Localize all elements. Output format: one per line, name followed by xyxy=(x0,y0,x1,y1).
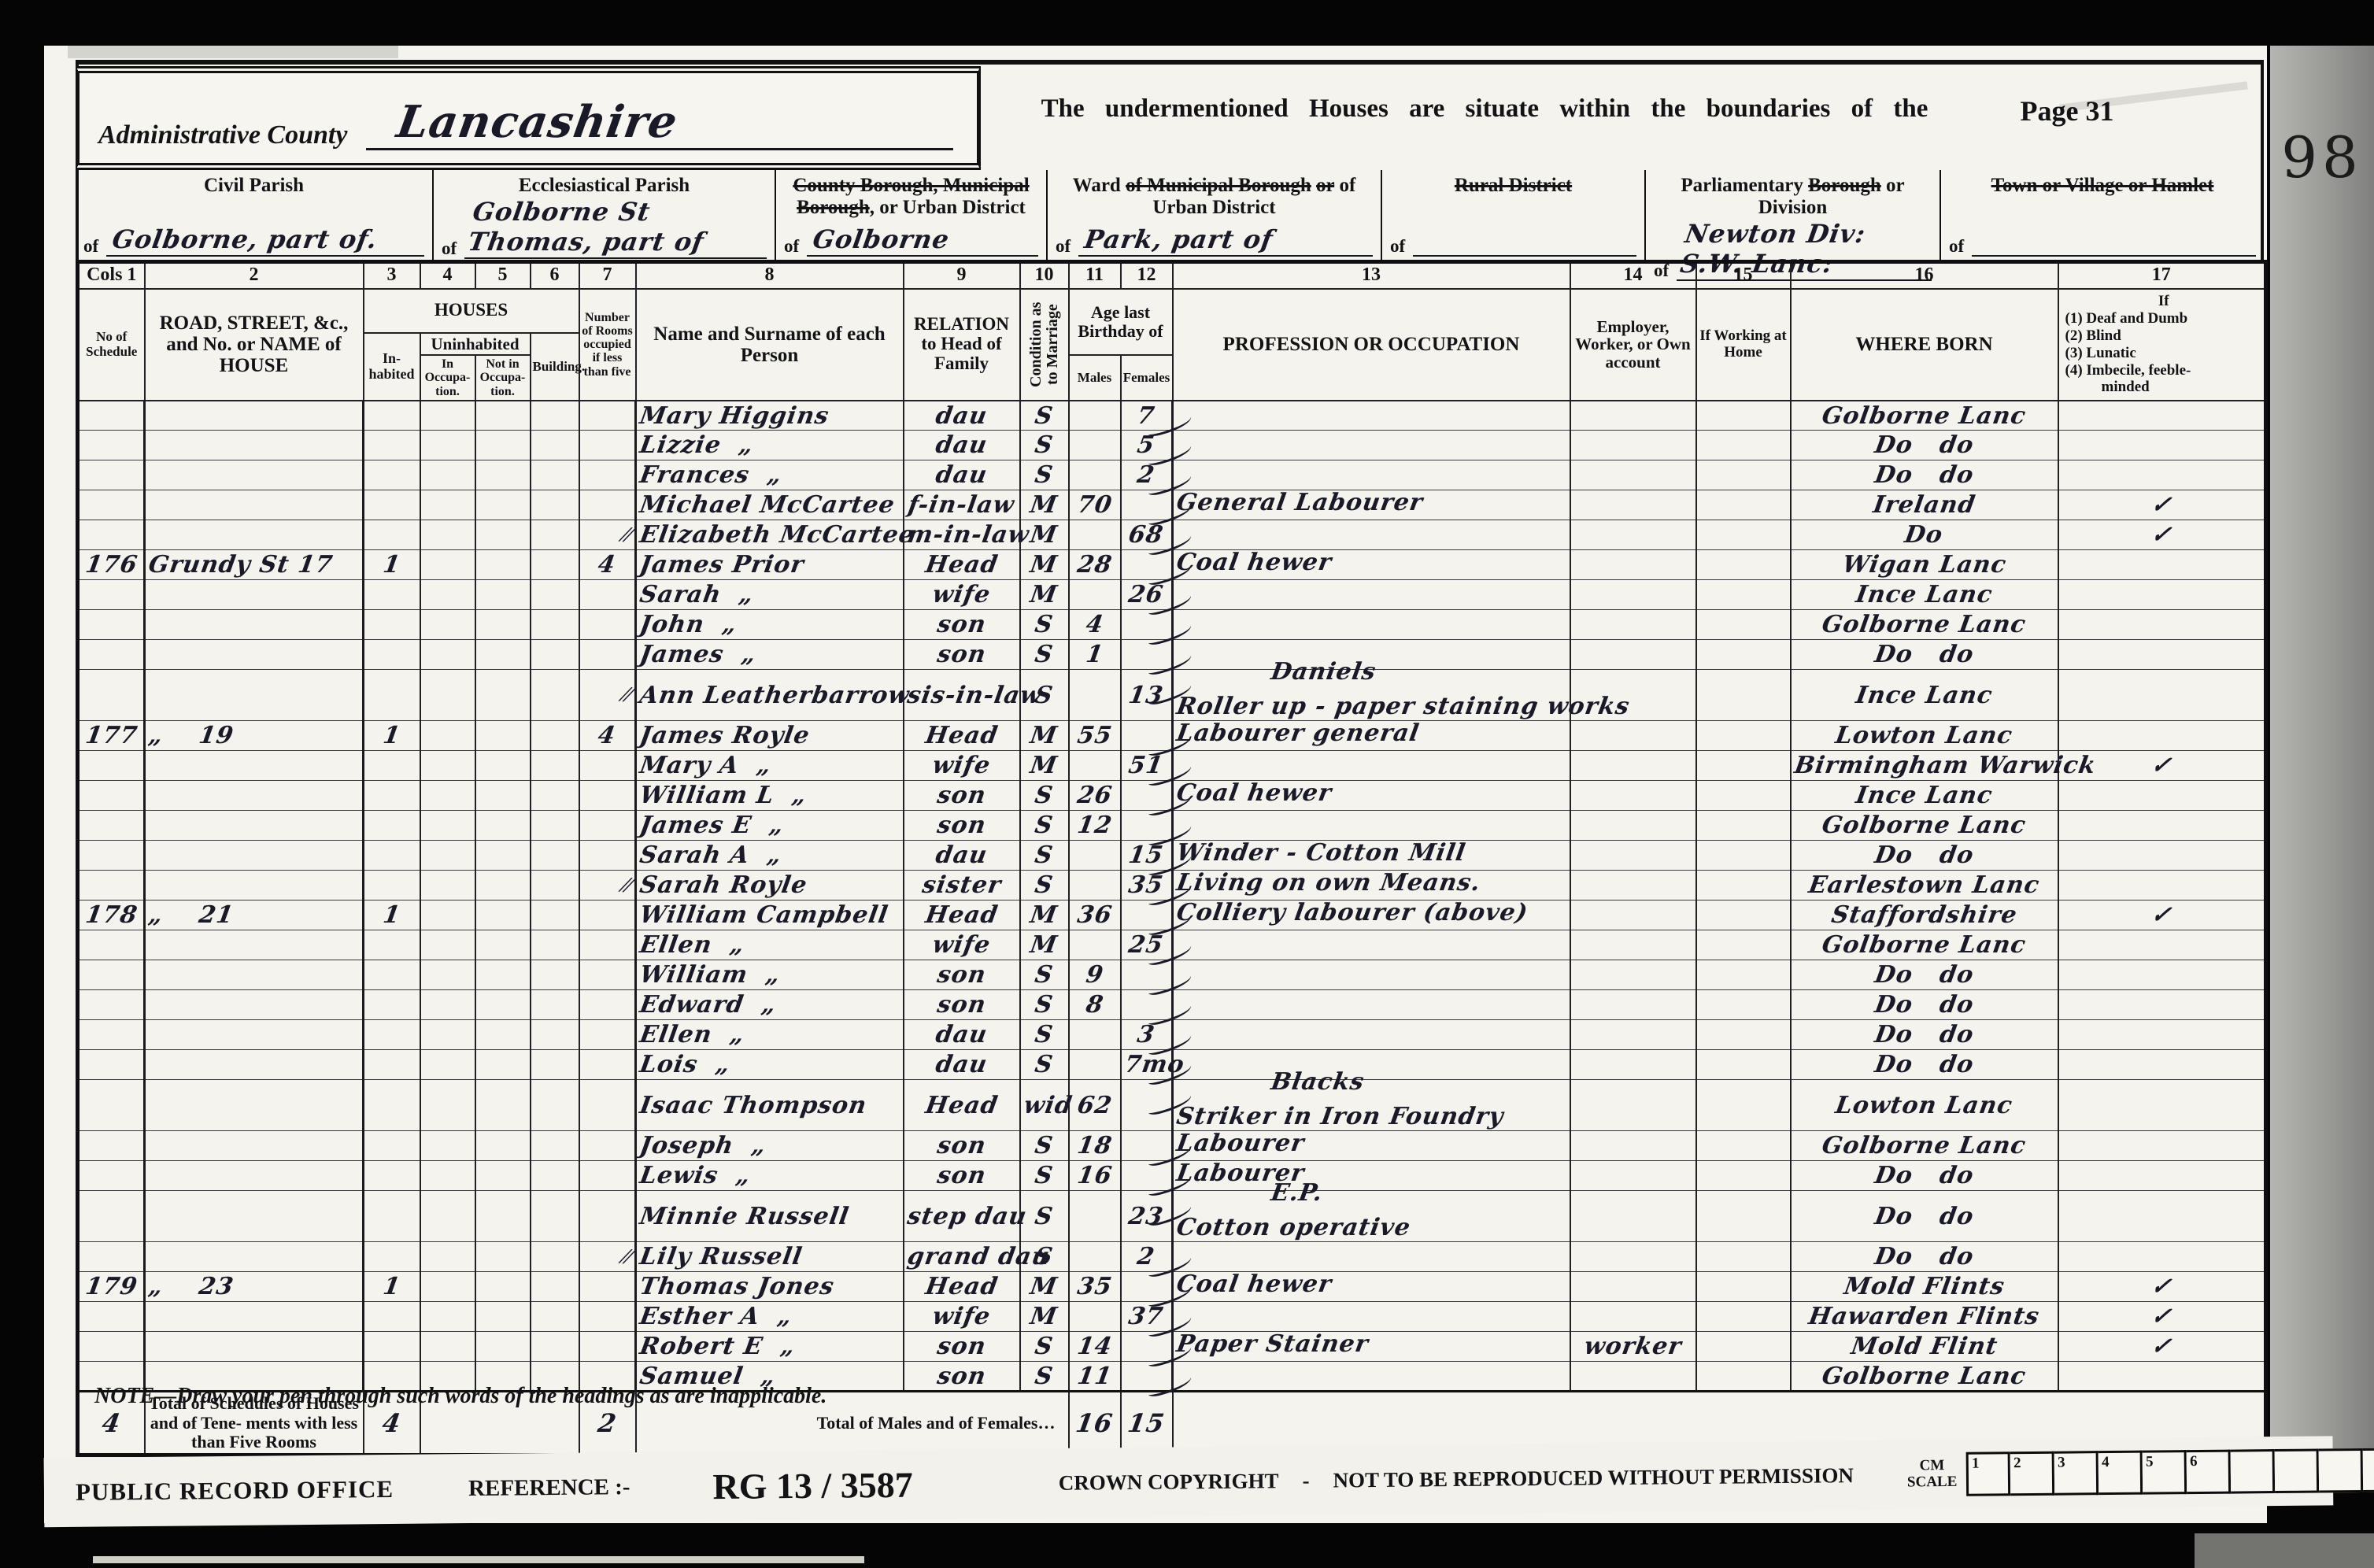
cell-infirmity xyxy=(2058,1050,2266,1080)
cell-working-at-home xyxy=(1696,871,1791,900)
cell-rooms xyxy=(579,1272,636,1302)
footer-dash: - xyxy=(1302,1468,1309,1492)
cell-where-born: Do do xyxy=(1791,1191,2058,1242)
cell-road-street xyxy=(145,930,364,960)
cell-profession xyxy=(1173,751,1570,781)
cell-rooms xyxy=(579,431,636,460)
cell-name: Minnie Russell xyxy=(636,1191,904,1242)
cell-schedule-number xyxy=(78,1242,145,1272)
header-females: Females xyxy=(1121,355,1173,401)
cell-building xyxy=(531,990,579,1020)
location-box-title: County Borough, Municipal Borough, or Ur… xyxy=(784,175,1038,219)
cell-where-born: Mold Flints xyxy=(1791,1272,2058,1302)
cell-age-male: 35 xyxy=(1069,1272,1121,1302)
cell-building xyxy=(531,1191,579,1242)
cell-working-at-home xyxy=(1696,751,1791,781)
cell-name: Elizabeth McCartee xyxy=(636,520,904,550)
cell-uninhabited-not-in-occupation xyxy=(475,871,531,900)
cell-road-street xyxy=(145,401,364,431)
cell-uninhabited-not-in-occupation xyxy=(475,610,531,640)
cell-relation: son xyxy=(904,1362,1020,1392)
cell-name: William L „ xyxy=(636,781,904,811)
cell-working-at-home xyxy=(1696,1272,1791,1302)
cell-uninhabited-in-occupation xyxy=(420,990,475,1020)
cell-condition: S xyxy=(1020,1191,1069,1242)
cell-infirmity: ✓ xyxy=(2058,1302,2266,1332)
cell-road-street xyxy=(145,490,364,520)
cell-infirmity xyxy=(2058,431,2266,460)
cell-where-born: Birmingham Warwick xyxy=(1791,751,2058,781)
person-row: Ellen „wifeM25Golborne Lanc xyxy=(78,930,2266,960)
cell-rooms xyxy=(579,900,636,930)
cell-infirmity xyxy=(2058,1131,2266,1161)
totals-males: 16 xyxy=(1069,1392,1121,1455)
cell-building xyxy=(531,550,579,580)
cell-name: Mary Higgins xyxy=(636,401,904,431)
location-box: Ward of Municipal Borough or of Urban Di… xyxy=(1048,170,1382,260)
cell-age-male: 1 xyxy=(1069,640,1121,670)
cell-rooms xyxy=(579,490,636,520)
cell-where-born: Wigan Lanc xyxy=(1791,550,2058,580)
cell-condition: S xyxy=(1020,1020,1069,1050)
cell-road-street xyxy=(145,1161,364,1191)
cell-rooms xyxy=(579,1302,636,1332)
location-box: County Borough, Municipal Borough, or Ur… xyxy=(776,170,1048,260)
location-box: Town or Village or Hamletof xyxy=(1941,170,2264,260)
cell-infirmity xyxy=(2058,1161,2266,1191)
cell-infirmity xyxy=(2058,670,2266,721)
cell-road-street xyxy=(145,1131,364,1161)
cell-condition: S xyxy=(1020,1161,1069,1191)
cell-infirmity xyxy=(2058,610,2266,640)
cell-relation: Head xyxy=(904,1272,1020,1302)
cell-inhabited xyxy=(364,610,420,640)
location-box-title: Ecclesiastical Parish xyxy=(442,175,767,197)
cell-schedule-number xyxy=(78,401,145,431)
cell-inhabited xyxy=(364,1131,420,1161)
cell-name: William Campbell xyxy=(636,900,904,930)
cell-building xyxy=(531,580,579,610)
cell-uninhabited-in-occupation xyxy=(420,721,475,751)
person-row: Michael McCarteef-in-lawM70General Labou… xyxy=(78,490,2266,520)
cell-uninhabited-not-in-occupation xyxy=(475,1191,531,1242)
cell-working-at-home xyxy=(1696,490,1791,520)
cell-building xyxy=(531,900,579,930)
cell-rooms: ⁄⁄ xyxy=(579,670,636,721)
footer-reference-value: RG 13 / 3587 xyxy=(712,1463,913,1507)
cell-name: Robert E „ xyxy=(636,1332,904,1362)
cell-employer xyxy=(1570,490,1696,520)
cell-uninhabited-not-in-occupation xyxy=(475,930,531,960)
person-row: Sarah „wifeM26Ince Lanc xyxy=(78,580,2266,610)
cell-name: Sarah Royle xyxy=(636,871,904,900)
cell-road-street xyxy=(145,431,364,460)
person-row: ⁄⁄Elizabeth McCarteem-in-lawM68Do✓ xyxy=(78,520,2266,550)
cell-relation: dau xyxy=(904,1050,1020,1080)
cell-where-born: Do do xyxy=(1791,1050,2058,1080)
cell-profession xyxy=(1173,431,1570,460)
cell-condition: M xyxy=(1020,930,1069,960)
cell-uninhabited-in-occupation xyxy=(420,1161,475,1191)
cell-age-male xyxy=(1069,401,1121,431)
cell-profession: Labourer general xyxy=(1173,721,1570,751)
cell-profession xyxy=(1173,610,1570,640)
cell-uninhabited-in-occupation xyxy=(420,960,475,990)
cell-building xyxy=(531,1050,579,1080)
cell-age-male xyxy=(1069,1242,1121,1272)
cell-schedule-number xyxy=(78,811,145,841)
cell-condition: M xyxy=(1020,550,1069,580)
cell-inhabited xyxy=(364,1242,420,1272)
situate-line: The undermentioned Houses are situate wi… xyxy=(1000,94,1969,124)
person-row: 177„ 1914James RoyleHeadM55Labourer gene… xyxy=(78,721,2266,751)
cell-uninhabited-in-occupation xyxy=(420,1332,475,1362)
cell-uninhabited-not-in-occupation xyxy=(475,1161,531,1191)
cell-road-street xyxy=(145,460,364,490)
cell-working-at-home xyxy=(1696,1161,1791,1191)
cell-uninhabited-in-occupation xyxy=(420,460,475,490)
cell-relation: son xyxy=(904,811,1020,841)
header-working-at-home: If Working at Home xyxy=(1696,289,1791,401)
cell-relation: son xyxy=(904,640,1020,670)
cell-profession: Winder - Cotton Mill xyxy=(1173,841,1570,871)
header-where-born: WHERE BORN xyxy=(1791,289,2058,401)
cell-age-male: 36 xyxy=(1069,900,1121,930)
cell-condition: M xyxy=(1020,900,1069,930)
cell-where-born: Mold Flint xyxy=(1791,1332,2058,1362)
cell-building xyxy=(531,811,579,841)
cell-infirmity xyxy=(2058,1080,2266,1131)
col-number: 8 xyxy=(636,262,904,289)
cell-uninhabited-in-occupation xyxy=(420,930,475,960)
cell-profession: DanielsRoller up - paper staining works xyxy=(1173,670,1570,721)
cell-infirmity xyxy=(2058,460,2266,490)
cell-schedule-number xyxy=(78,1020,145,1050)
cell-uninhabited-in-occupation xyxy=(420,811,475,841)
cell-employer xyxy=(1570,1020,1696,1050)
cell-uninhabited-not-in-occupation xyxy=(475,431,531,460)
col-number: 11 xyxy=(1069,262,1121,289)
cell-infirmity xyxy=(2058,960,2266,990)
cell-employer xyxy=(1570,1272,1696,1302)
cell-building xyxy=(531,841,579,871)
col-number: 9 xyxy=(904,262,1020,289)
cell-where-born: Golborne Lanc xyxy=(1791,1131,2058,1161)
cell-schedule-number xyxy=(78,610,145,640)
cell-employer xyxy=(1570,1131,1696,1161)
form-frame-top xyxy=(76,60,2264,65)
cell-uninhabited-not-in-occupation xyxy=(475,1242,531,1272)
cell-relation: Head xyxy=(904,900,1020,930)
cell-infirmity: ✓ xyxy=(2058,520,2266,550)
cell-building xyxy=(531,871,579,900)
cell-condition: M xyxy=(1020,751,1069,781)
cell-building xyxy=(531,1332,579,1362)
cell-working-at-home xyxy=(1696,841,1791,871)
cell-infirmity: ✓ xyxy=(2058,900,2266,930)
cell-working-at-home xyxy=(1696,960,1791,990)
cell-infirmity xyxy=(2058,1242,2266,1272)
cell-uninhabited-in-occupation xyxy=(420,1020,475,1050)
cell-profession xyxy=(1173,1302,1570,1332)
cell-condition: S xyxy=(1020,1131,1069,1161)
cell-infirmity xyxy=(2058,1362,2266,1392)
cell-name: Thomas Jones xyxy=(636,1272,904,1302)
cell-schedule-number: 177 xyxy=(78,721,145,751)
cell-schedule-number xyxy=(78,1161,145,1191)
cell-building xyxy=(531,751,579,781)
location-box: Civil ParishofGolborne, part of. xyxy=(76,170,434,260)
cell-schedule-number xyxy=(78,1080,145,1131)
cell-inhabited xyxy=(364,1080,420,1131)
cell-inhabited xyxy=(364,401,420,431)
person-row: William L „sonS26Coal hewerInce Lanc xyxy=(78,781,2266,811)
cell-condition: M xyxy=(1020,1272,1069,1302)
cell-uninhabited-not-in-occupation xyxy=(475,1080,531,1131)
cell-profession: Coal hewer xyxy=(1173,1272,1570,1302)
cell-uninhabited-not-in-occupation xyxy=(475,1020,531,1050)
cell-uninhabited-not-in-occupation xyxy=(475,960,531,990)
cell-relation: sister xyxy=(904,871,1020,900)
cell-uninhabited-not-in-occupation xyxy=(475,900,531,930)
cell-rooms xyxy=(579,460,636,490)
cell-working-at-home xyxy=(1696,550,1791,580)
col-number: 16 xyxy=(1791,262,2058,289)
cell-schedule-number xyxy=(78,431,145,460)
cell-inhabited xyxy=(364,1302,420,1332)
cell-road-street xyxy=(145,781,364,811)
cell-uninhabited-in-occupation xyxy=(420,1272,475,1302)
cell-employer xyxy=(1570,610,1696,640)
cell-uninhabited-in-occupation xyxy=(420,610,475,640)
person-row: Minnie Russellstep dauS23E.P.Cotton oper… xyxy=(78,1191,2266,1242)
cell-uninhabited-not-in-occupation xyxy=(475,811,531,841)
cell-where-born: Do do xyxy=(1791,640,2058,670)
cell-infirmity: ✓ xyxy=(2058,1272,2266,1302)
cell-age-male xyxy=(1069,751,1121,781)
location-box: Parliamentary Borough or DivisionofNewto… xyxy=(1646,170,1941,260)
cell-employer xyxy=(1570,640,1696,670)
cell-profession: Paper Stainer xyxy=(1173,1332,1570,1362)
cell-inhabited xyxy=(364,1020,420,1050)
cell-relation: son xyxy=(904,610,1020,640)
cell-road-street xyxy=(145,841,364,871)
location-value: Golborne St Thomas, part of xyxy=(466,197,768,257)
cell-age-male: 55 xyxy=(1069,721,1121,751)
header-profession: PROFESSION OR OCCUPATION xyxy=(1173,289,1570,401)
cell-name: Sarah „ xyxy=(636,580,904,610)
cell-relation: Head xyxy=(904,550,1020,580)
cell-profession xyxy=(1173,811,1570,841)
cm-scale-box xyxy=(2275,1448,2320,1493)
cell-profession: Coal hewer xyxy=(1173,550,1570,580)
person-row: William „sonS9Do do xyxy=(78,960,2266,990)
cell-uninhabited-in-occupation xyxy=(420,1050,475,1080)
cell-schedule-number xyxy=(78,490,145,520)
cell-employer xyxy=(1570,751,1696,781)
cell-employer: worker xyxy=(1570,1332,1696,1362)
cell-profession: Living on own Means. xyxy=(1173,871,1570,900)
cell-where-born: Do do xyxy=(1791,990,2058,1020)
cell-uninhabited-not-in-occupation xyxy=(475,460,531,490)
cell-profession: E.P.Cotton operative xyxy=(1173,1191,1570,1242)
header-row-main: No of Schedule ROAD, STREET, &c., and No… xyxy=(78,289,2266,333)
location-value: Park, part of xyxy=(1082,224,1275,254)
cell-condition: S xyxy=(1020,871,1069,900)
header-inhabited: In-habited xyxy=(364,333,420,401)
cell-name: John „ xyxy=(636,610,904,640)
location-of-label: of xyxy=(1390,236,1405,257)
cell-building xyxy=(531,1161,579,1191)
cell-working-at-home xyxy=(1696,1080,1791,1131)
cell-where-born: Do do xyxy=(1791,1161,2058,1191)
cell-age-male xyxy=(1069,670,1121,721)
cell-employer xyxy=(1570,520,1696,550)
cell-inhabited xyxy=(364,811,420,841)
cell-road-street xyxy=(145,640,364,670)
cell-employer xyxy=(1570,1161,1696,1191)
cell-name: William „ xyxy=(636,960,904,990)
cell-uninhabited-in-occupation xyxy=(420,580,475,610)
cm-scale-box xyxy=(2363,1448,2374,1492)
cell-relation: dau xyxy=(904,460,1020,490)
cell-infirmity xyxy=(2058,550,2266,580)
cell-rooms: 4 xyxy=(579,721,636,751)
cell-uninhabited-in-occupation xyxy=(420,550,475,580)
cell-building xyxy=(531,1272,579,1302)
cell-name: Ellen „ xyxy=(636,1020,904,1050)
cell-where-born: Earlestown Lanc xyxy=(1791,871,2058,900)
cell-infirmity xyxy=(2058,1191,2266,1242)
cell-working-at-home xyxy=(1696,781,1791,811)
cell-building xyxy=(531,490,579,520)
cell-age-male xyxy=(1069,460,1121,490)
location-box: Rural Districtof xyxy=(1382,170,1646,260)
cell-rooms xyxy=(579,1050,636,1080)
cell-uninhabited-not-in-occupation xyxy=(475,520,531,550)
cell-rooms xyxy=(579,1191,636,1242)
cell-road-street xyxy=(145,811,364,841)
cell-employer xyxy=(1570,930,1696,960)
cell-relation: Head xyxy=(904,721,1020,751)
cell-building xyxy=(531,1242,579,1272)
cell-condition: S xyxy=(1020,960,1069,990)
cell-relation: f-in-law xyxy=(904,490,1020,520)
header-employer: Employer, Worker, or Own account xyxy=(1570,289,1696,401)
person-row: Isaac ThompsonHeadwid62BlacksStriker in … xyxy=(78,1080,2266,1131)
cell-working-at-home xyxy=(1696,1191,1791,1242)
cell-age-male xyxy=(1069,1302,1121,1332)
cell-condition: S xyxy=(1020,990,1069,1020)
cell-condition: S xyxy=(1020,781,1069,811)
location-box-title: Civil Parish xyxy=(83,175,424,197)
col-number: Cols 1 xyxy=(78,262,145,289)
cm-scale-box: 3 xyxy=(2054,1451,2099,1496)
cell-uninhabited-not-in-occupation xyxy=(475,721,531,751)
col-number: 4 xyxy=(420,262,475,289)
person-row: ⁄⁄Lily Russellgrand dauS2Do do xyxy=(78,1242,2266,1272)
cell-inhabited: 1 xyxy=(364,550,420,580)
cell-working-at-home xyxy=(1696,930,1791,960)
header-building: Building. xyxy=(531,333,579,401)
cell-name: Mary A „ xyxy=(636,751,904,781)
cell-age-male: 8 xyxy=(1069,990,1121,1020)
cell-uninhabited-in-occupation xyxy=(420,431,475,460)
cell-where-born: Lowton Lanc xyxy=(1791,721,2058,751)
scan-edge-sliver xyxy=(93,1556,864,1563)
location-box-title: Town or Village or Hamlet xyxy=(1949,175,2256,197)
cell-rooms xyxy=(579,930,636,960)
person-row: 179„ 231Thomas JonesHeadM35Coal hewerMol… xyxy=(78,1272,2266,1302)
cell-uninhabited-in-occupation xyxy=(420,670,475,721)
cell-age-male: 28 xyxy=(1069,550,1121,580)
col-number: 17 xyxy=(2058,262,2266,289)
location-box-title: Ward of Municipal Borough or of Urban Di… xyxy=(1056,175,1373,219)
cell-schedule-number xyxy=(78,460,145,490)
person-row: Edward „sonS8Do do xyxy=(78,990,2266,1020)
person-row: ⁄⁄Ann Leatherbarrowsis-in-lawS13DanielsR… xyxy=(78,670,2266,721)
cm-scale-box: 2 xyxy=(2010,1452,2055,1496)
cell-name: Sarah A „ xyxy=(636,841,904,871)
cell-building xyxy=(531,1131,579,1161)
cell-condition: M xyxy=(1020,1302,1069,1332)
cell-uninhabited-not-in-occupation xyxy=(475,1131,531,1161)
cell-schedule-number xyxy=(78,841,145,871)
cell-road-street xyxy=(145,1080,364,1131)
cell-relation: sis-in-law xyxy=(904,670,1020,721)
cell-schedule-number xyxy=(78,1191,145,1242)
cell-inhabited xyxy=(364,751,420,781)
cell-where-born: Do xyxy=(1791,520,2058,550)
cell-inhabited xyxy=(364,640,420,670)
cell-where-born: Hawarden Flints xyxy=(1791,1302,2058,1332)
col-number: 12 xyxy=(1121,262,1173,289)
header-rooms: Number of Rooms occupied if less than fi… xyxy=(579,289,636,401)
cell-schedule-number xyxy=(78,960,145,990)
cell-name: James Royle xyxy=(636,721,904,751)
cell-relation: dau xyxy=(904,1020,1020,1050)
cell-road-street xyxy=(145,960,364,990)
cell-employer xyxy=(1570,990,1696,1020)
col-number: 10 xyxy=(1020,262,1069,289)
cell-where-born: Golborne Lanc xyxy=(1791,811,2058,841)
col-number: 7 xyxy=(579,262,636,289)
cell-relation: dau xyxy=(904,841,1020,871)
cell-profession: General Labourer xyxy=(1173,490,1570,520)
footnote: NOTE—Draw your pen through such words of… xyxy=(94,1384,826,1409)
col-number: 15 xyxy=(1696,262,1791,289)
cell-uninhabited-not-in-occupation xyxy=(475,1050,531,1080)
cell-age-male xyxy=(1069,841,1121,871)
cell-uninhabited-in-occupation xyxy=(420,871,475,900)
cell-rooms xyxy=(579,811,636,841)
cell-schedule-number xyxy=(78,781,145,811)
cell-infirmity xyxy=(2058,640,2266,670)
cell-employer xyxy=(1570,1362,1696,1392)
cell-age-male: 4 xyxy=(1069,610,1121,640)
cell-working-at-home xyxy=(1696,1131,1791,1161)
cell-relation: dau xyxy=(904,401,1020,431)
cell-building xyxy=(531,721,579,751)
location-boxes-row: Civil ParishofGolborne, part of.Ecclesia… xyxy=(76,170,2264,260)
header-name-surname: Name and Surname of each Person xyxy=(636,289,904,401)
cell-age-male xyxy=(1069,1020,1121,1050)
cell-relation: step dau xyxy=(904,1191,1020,1242)
cell-uninhabited-not-in-occupation xyxy=(475,640,531,670)
cell-age-male xyxy=(1069,1191,1121,1242)
location-of-label: of xyxy=(1949,236,1964,257)
header-males: Males xyxy=(1069,355,1121,401)
